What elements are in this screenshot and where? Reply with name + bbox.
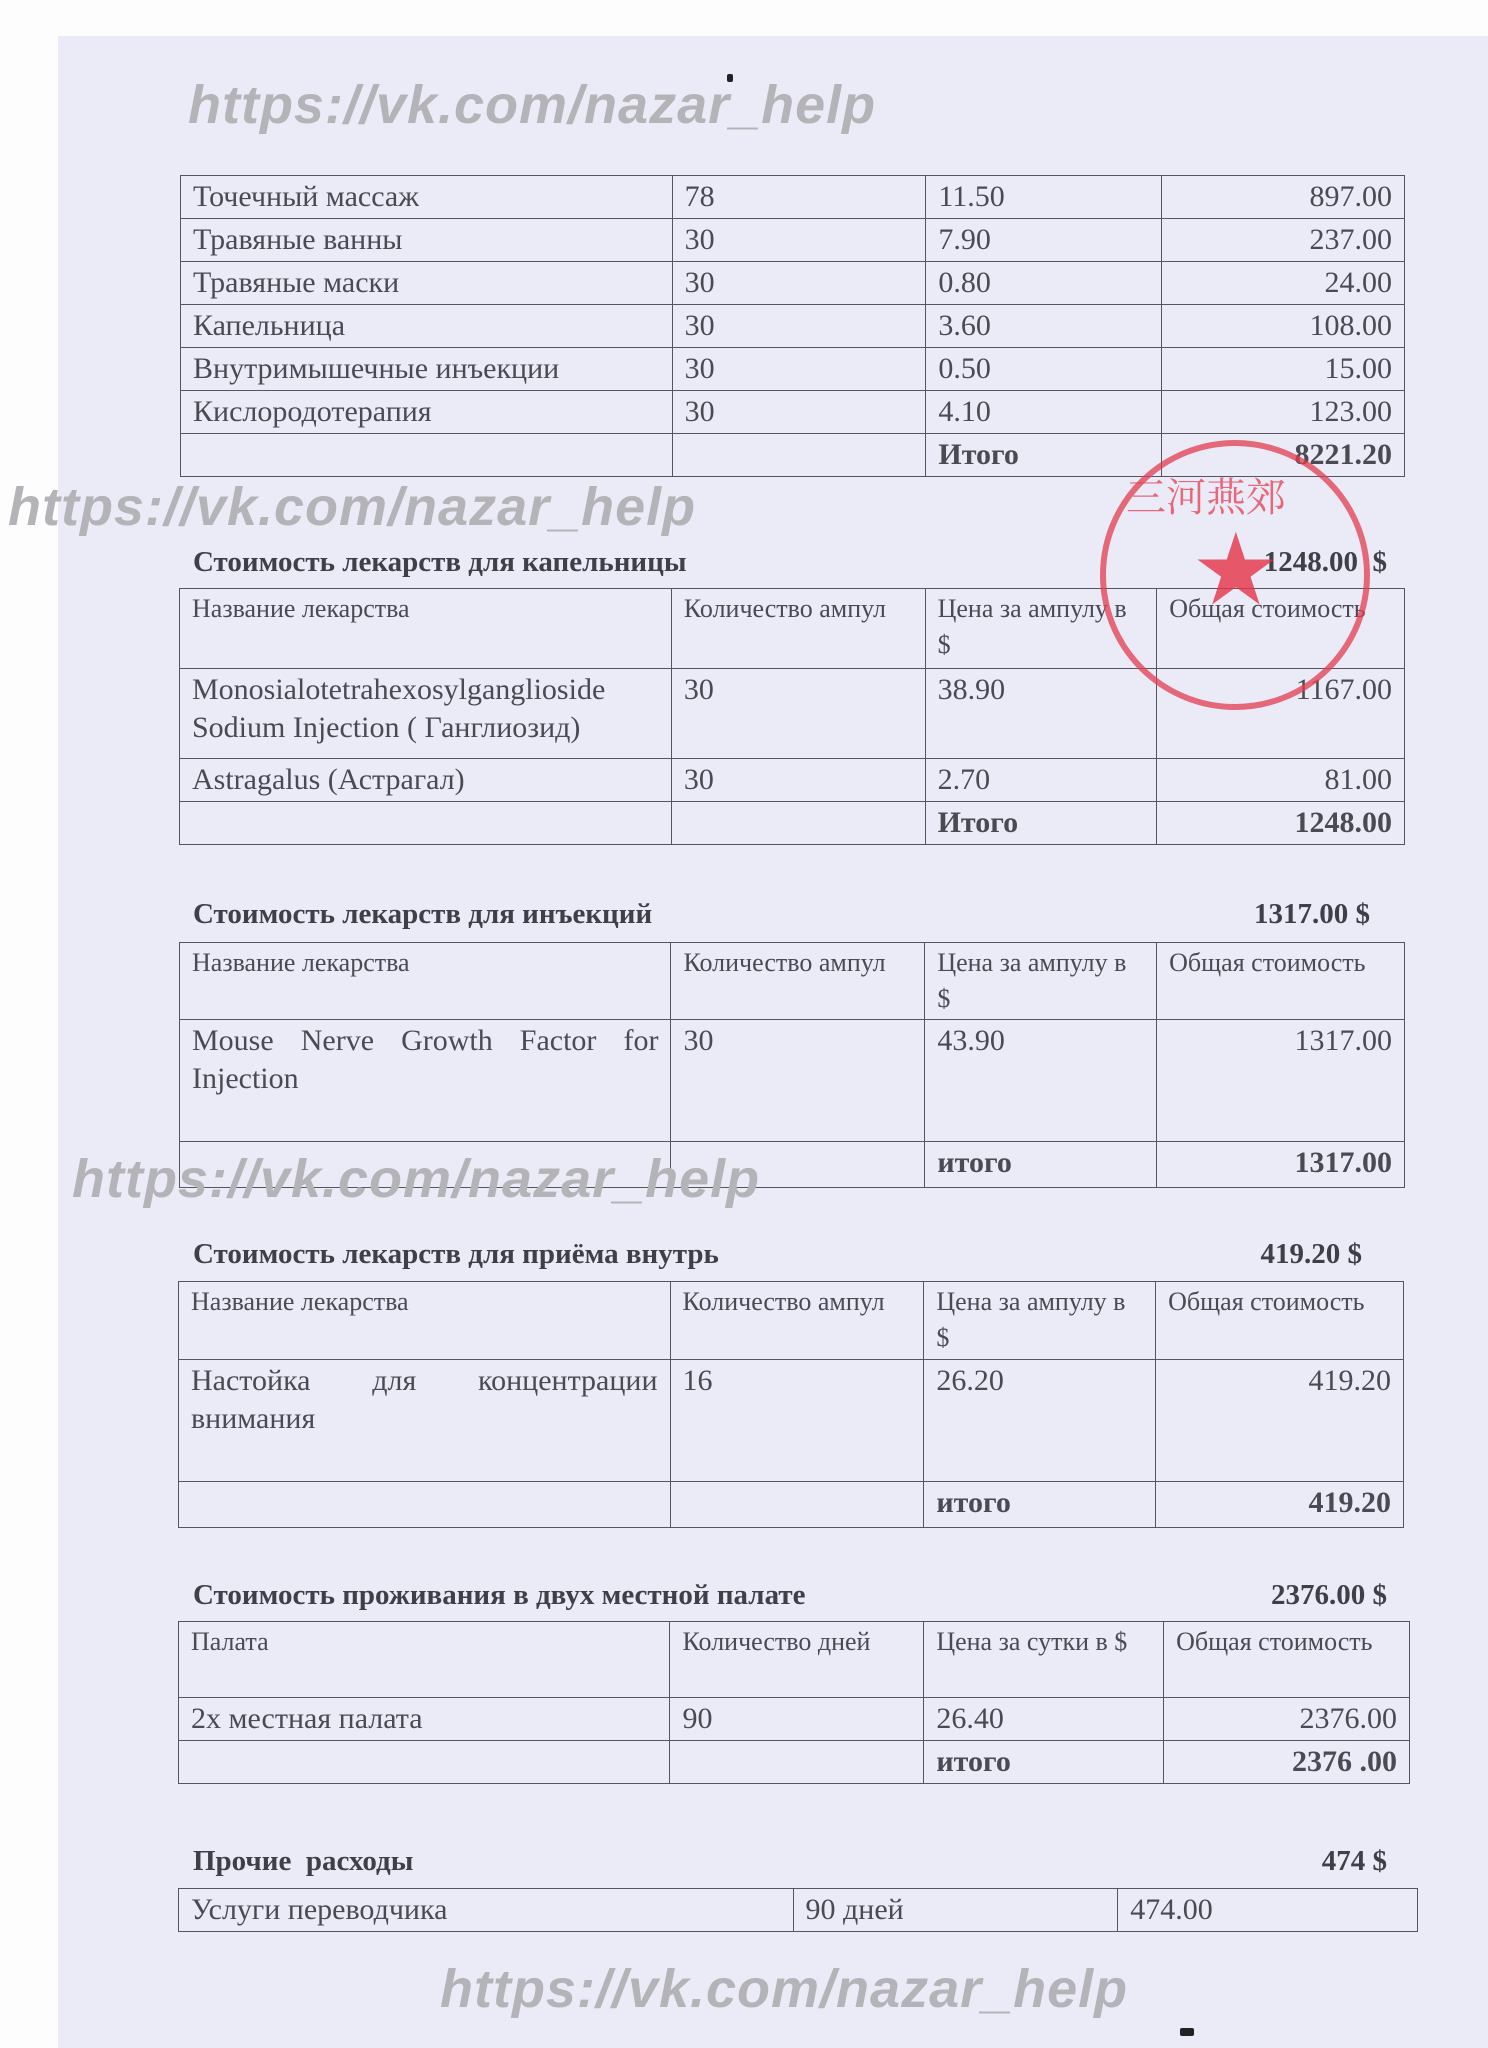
service-price: 0.80 [926,262,1162,305]
drug-total: 419.20 [1156,1360,1404,1482]
header-cell: Количество ампул [670,1282,924,1360]
table-row: Травяные маски300.8024.00 [181,262,1405,305]
header-cell: Общая стоимость [1164,1622,1410,1698]
official-stamp: 三河燕郊 ★ [1100,440,1370,710]
ward-price: 26.40 [924,1698,1164,1741]
drug-name: Настойка для концентрации внимания [179,1360,671,1482]
watermark: https://vk.com/nazar_help [188,74,876,136]
service-qty: 30 [672,262,926,305]
header-cell: Палата [179,1622,670,1698]
service-price: 4.10 [926,391,1162,434]
header-cell: Название лекарства [179,1282,671,1360]
header-cell: Цена за сутки в $ [924,1622,1164,1698]
ward-table: ПалатаКоличество днейЦена за сутки в $Об… [178,1621,1410,1784]
table-row: 2х местная палата9026.402376.00 [179,1698,1410,1741]
header-cell: Название лекарства [180,943,671,1020]
table-row: Astragalus (Астрагал)302.7081.00 [180,759,1405,802]
table-row: Капельница303.60108.00 [181,305,1405,348]
services-table: Точечный массаж7811.50897.00 Травяные ва… [180,175,1405,477]
total-value: 419.20 [1156,1482,1404,1528]
section-title-injections: Стоимость лекарств для инъекций [193,898,652,931]
drug-total: 81.00 [1157,759,1405,802]
total-row: Итого1248.00 [180,802,1405,845]
service-qty: 78 [672,176,926,219]
drug-name: Astragalus (Астрагал) [180,759,672,802]
service-name: Травяные маски [181,262,673,305]
service-price: 11.50 [926,176,1162,219]
total-label: итого [925,1142,1157,1188]
drug-qty: 30 [671,669,925,759]
scan-speck [727,74,733,82]
drug-price: 2.70 [925,759,1157,802]
watermark: https://vk.com/nazar_help [440,1958,1128,2020]
total-row: итого419.20 [179,1482,1404,1528]
table-row: Внутримышечные инъекции300.5015.00 [181,348,1405,391]
service-total: 123.00 [1162,391,1405,434]
service-name: Точечный массаж [181,176,673,219]
ward-days: 90 [670,1698,924,1741]
section-sum-oral: 419.20 $ [1100,1238,1362,1271]
expense-name: Услуги переводчика [179,1889,794,1932]
ward-total: 2376.00 [1164,1698,1410,1741]
oral-table: Название лекарстваКоличество ампулЦена з… [178,1281,1404,1528]
header-cell: Название лекарства [180,589,672,669]
service-total: 15.00 [1162,348,1405,391]
header-cell: Цена за ампулу в $ [925,943,1157,1020]
watermark: https://vk.com/nazar_help [72,1148,760,1210]
header-cell: Количество ампул [671,589,925,669]
section-title-other: Прочие расходы [193,1845,413,1878]
section-title-ward: Стоимость проживания в двух местной пала… [193,1579,805,1612]
service-total: 24.00 [1162,262,1405,305]
service-qty: 30 [672,348,926,391]
drug-qty: 16 [670,1360,924,1482]
drug-total: 1317.00 [1157,1020,1405,1142]
service-name: Внутримышечные инъекции [181,348,673,391]
total-value: 2376 .00 [1164,1741,1410,1784]
ward-name: 2х местная палата [179,1698,670,1741]
table-row: Mouse Nerve Growth Factor for Injection3… [180,1020,1405,1142]
service-qty: 30 [672,305,926,348]
section-sum-ward: 2376.00 $ [1100,1579,1387,1612]
table-row: Настойка для концентрации внимания1626.2… [179,1360,1404,1482]
total-value: 1317.00 [1157,1142,1405,1188]
star-icon: ★ [1191,521,1281,621]
service-name: Травяные ванны [181,219,673,262]
scan-speck [1180,2028,1194,2036]
service-total: 108.00 [1162,305,1405,348]
drug-qty: 30 [671,1020,925,1142]
table-header: Название лекарстваКоличество ампулЦена з… [179,1282,1404,1360]
header-cell: Количество ампул [671,943,925,1020]
total-row: итого2376 .00 [179,1741,1410,1784]
expense-total: 474.00 [1118,1889,1418,1932]
total-value: 1248.00 [1157,802,1405,845]
service-total: 237.00 [1162,219,1405,262]
table-row: Точечный массаж7811.50897.00 [181,176,1405,219]
watermark: https://vk.com/nazar_help [8,476,696,538]
service-price: 3.60 [926,305,1162,348]
total-label: Итого [925,802,1157,845]
service-name: Капельница [181,305,673,348]
service-name: Кислородотерапия [181,391,673,434]
section-sum-other: 474 $ [1100,1845,1387,1878]
table-header: ПалатаКоличество днейЦена за сутки в $Об… [179,1622,1410,1698]
section-sum-injections: 1317.00 $ [1100,898,1370,931]
table-row: Кислородотерапия304.10123.00 [181,391,1405,434]
drug-qty: 30 [671,759,925,802]
header-cell: Количество дней [670,1622,924,1698]
header-cell: Общая стоимость [1156,1282,1404,1360]
total-label: итого [924,1482,1156,1528]
table-row: Услуги переводчика90 дней474.00 [179,1889,1418,1932]
drug-price: 43.90 [925,1020,1157,1142]
section-title-drip: Стоимость лекарств для капельницы [193,546,687,579]
service-price: 0.50 [926,348,1162,391]
table-row: Травяные ванны307.90237.00 [181,219,1405,262]
service-total: 897.00 [1162,176,1405,219]
drug-price: 26.20 [924,1360,1156,1482]
total-label: итого [924,1741,1164,1784]
section-title-oral: Стоимость лекарств для приёма внутрь [193,1238,719,1271]
drug-name: Monosialotetrahexosylganglioside Sodium … [180,669,672,759]
drug-price: 38.90 [925,669,1157,759]
drug-name: Mouse Nerve Growth Factor for Injection [180,1020,671,1142]
other-table: Услуги переводчика90 дней474.00 [178,1888,1418,1932]
service-qty: 30 [672,219,926,262]
service-price: 7.90 [926,219,1162,262]
header-cell: Общая стоимость [1157,943,1405,1020]
expense-days: 90 дней [793,1889,1118,1932]
service-qty: 30 [672,391,926,434]
header-cell: Цена за ампулу в $ [924,1282,1156,1360]
table-header: Название лекарстваКоличество ампулЦена з… [180,943,1405,1020]
